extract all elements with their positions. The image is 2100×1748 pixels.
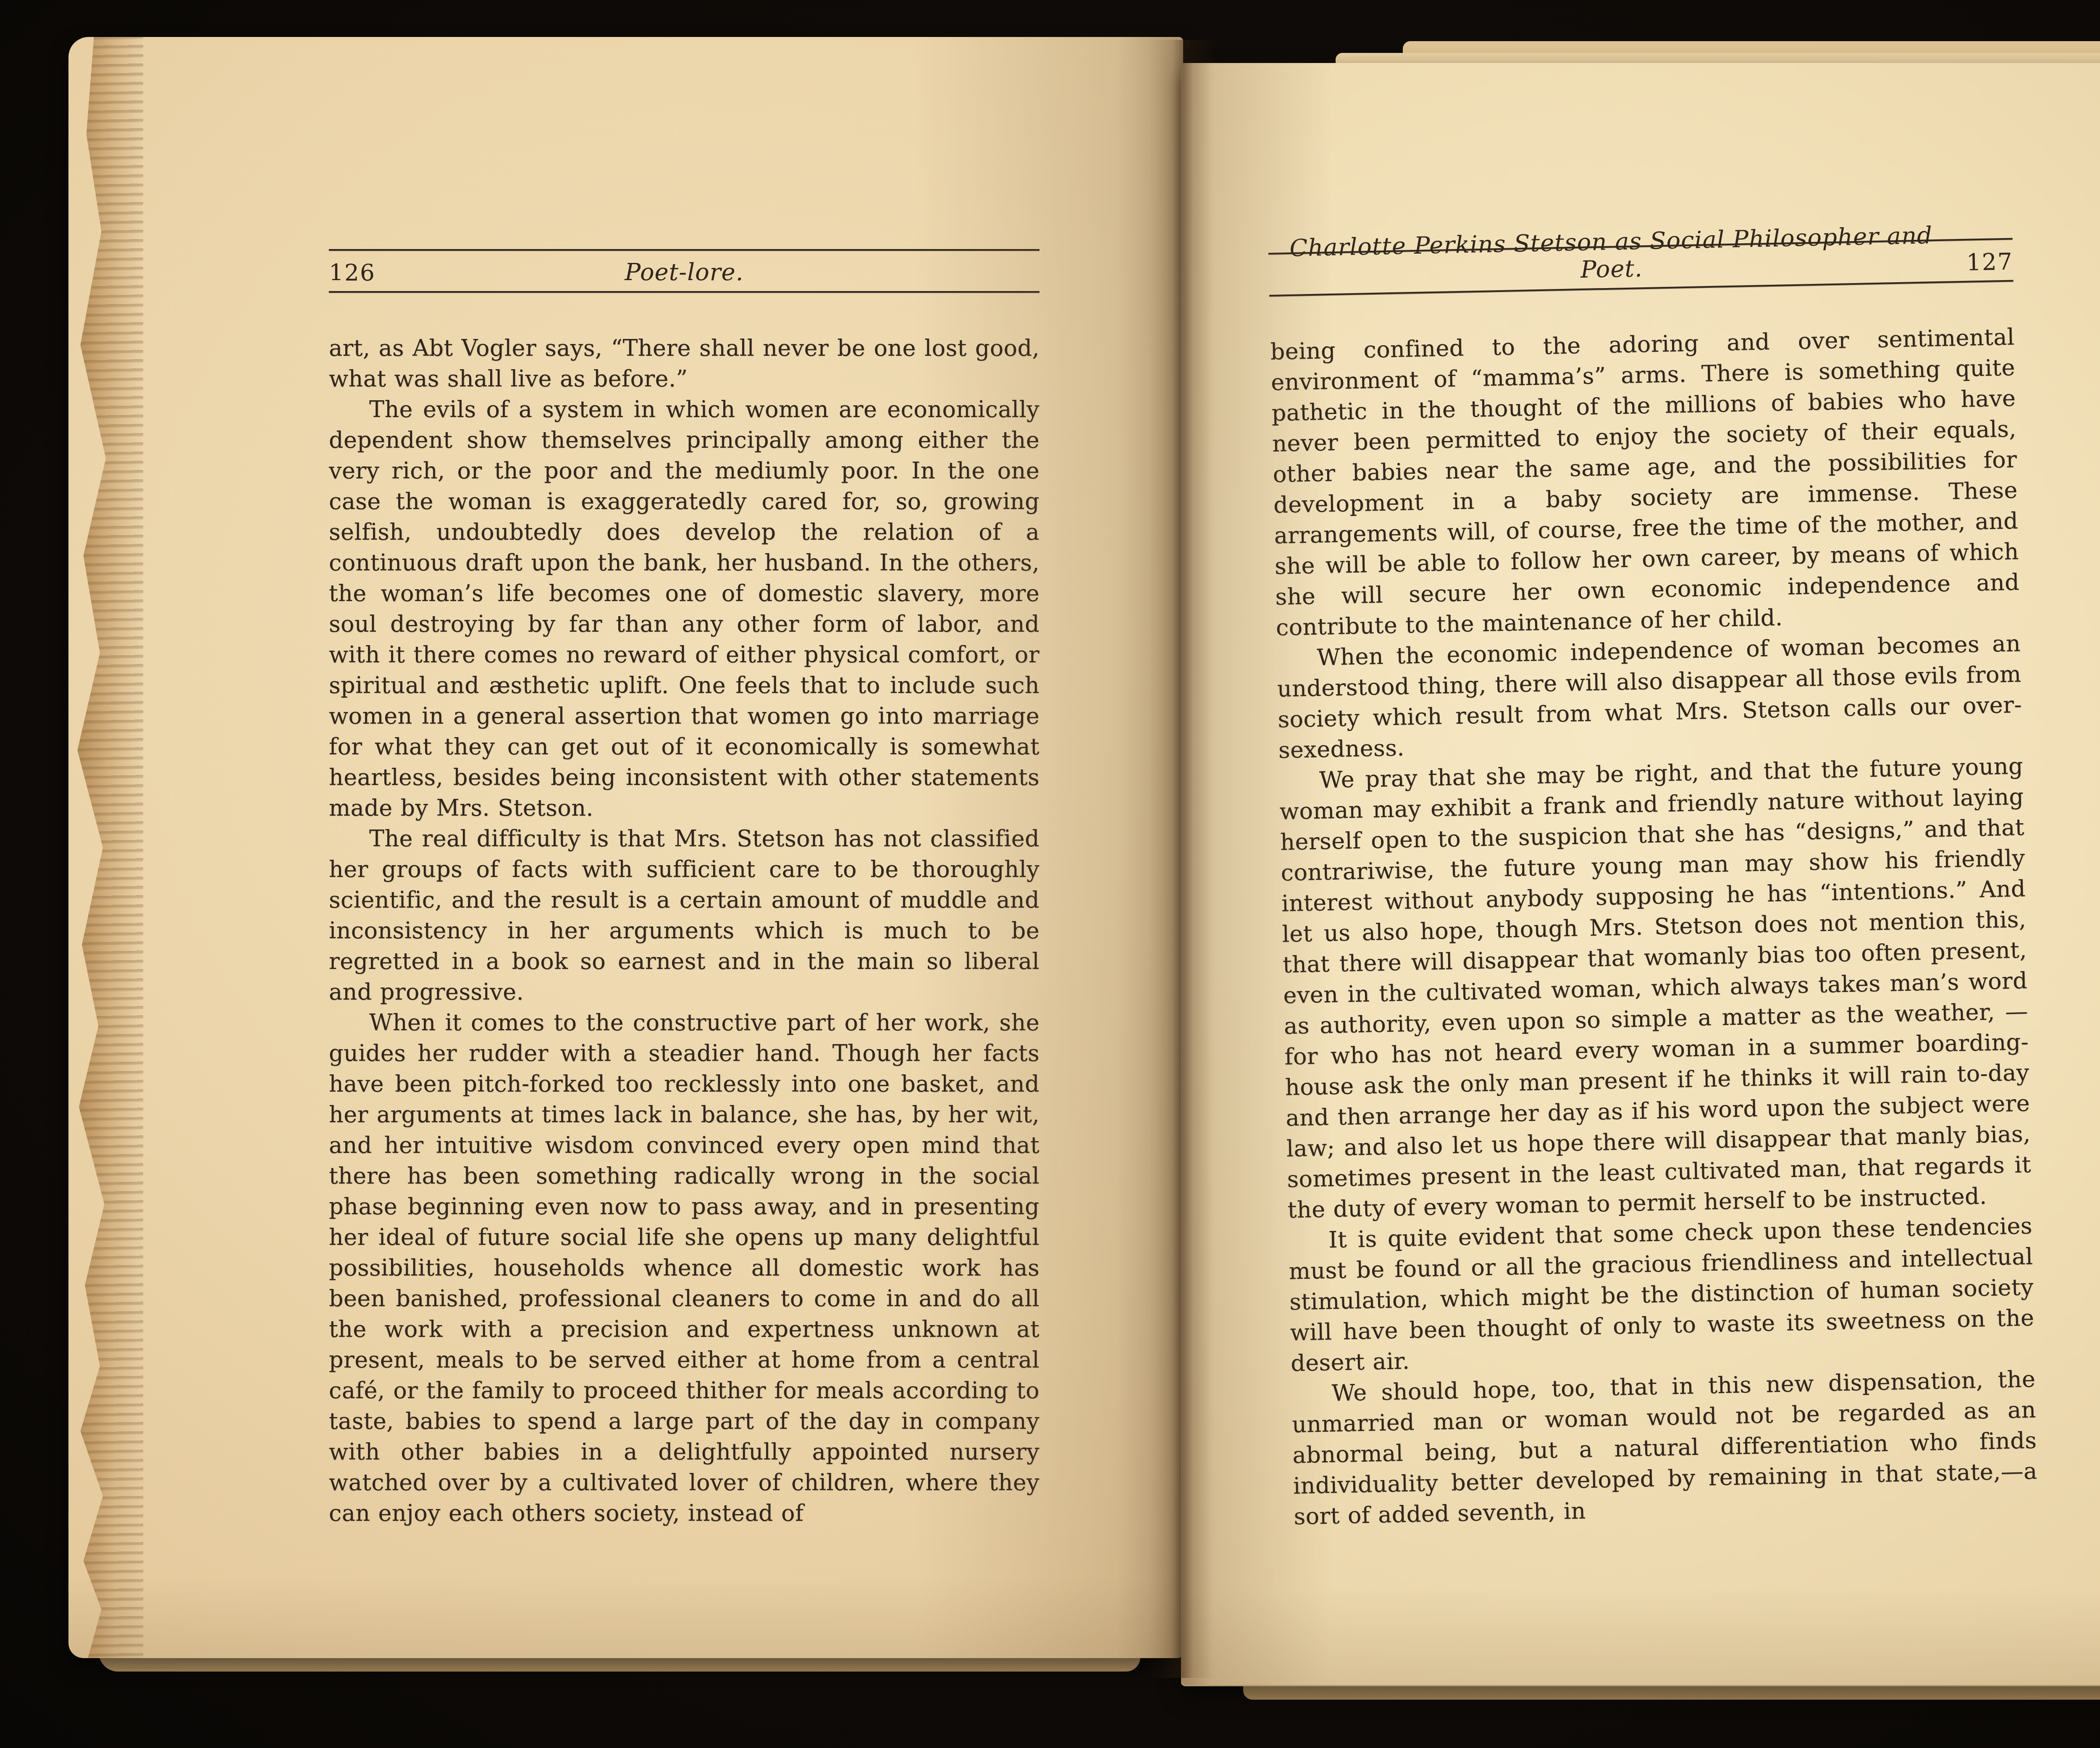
left-header-rule-bottom <box>329 291 1039 293</box>
right-page-number: 127 <box>1966 248 2013 276</box>
right-page: Charlotte Perkins Stetson as Social Phil… <box>1181 63 2100 1686</box>
paragraph: The evils of a system in which women are… <box>329 394 1039 823</box>
right-page-content: Charlotte Perkins Stetson as Social Phil… <box>1268 238 2038 1532</box>
left-page: 126 Poet-lore. art, as Abt Vogler says, … <box>68 37 1183 1658</box>
paragraph: It is quite evident that some check upon… <box>1288 1210 2035 1378</box>
paragraph: We should hope, too, that in this new di… <box>1291 1364 2038 1532</box>
left-page-text: art, as Abt Vogler says, “There shall ne… <box>329 333 1039 1528</box>
left-running-title: Poet-lore. <box>329 259 1039 286</box>
right-page-header: Charlotte Perkins Stetson as Social Phil… <box>1268 239 2013 295</box>
paragraph: When the economic independence of woman … <box>1276 628 2023 766</box>
paragraph: art, as Abt Vogler says, “There shall ne… <box>329 333 1039 394</box>
paragraph: being confined to the adoring and over s… <box>1270 321 2020 643</box>
left-page-content: 126 Poet-lore. art, as Abt Vogler says, … <box>329 249 1039 1528</box>
photo-background: { "book": { "colors": { "paper": "#eed9b… <box>0 0 2100 1748</box>
right-page-text: being confined to the adoring and over s… <box>1270 321 2038 1532</box>
right-running-title: Charlotte Perkins Stetson as Social Phil… <box>1268 221 1954 290</box>
left-page-header: 126 Poet-lore. <box>329 251 1039 291</box>
paragraph: The real difficulty is that Mrs. Stetson… <box>329 823 1039 1007</box>
paragraph: When it comes to the constructive part o… <box>329 1007 1039 1528</box>
paragraph: We pray that she may be right, and that … <box>1279 751 2032 1225</box>
deckled-left-edge <box>68 37 143 1658</box>
open-book-photo: 126 Poet-lore. art, as Abt Vogler says, … <box>0 0 2100 1748</box>
